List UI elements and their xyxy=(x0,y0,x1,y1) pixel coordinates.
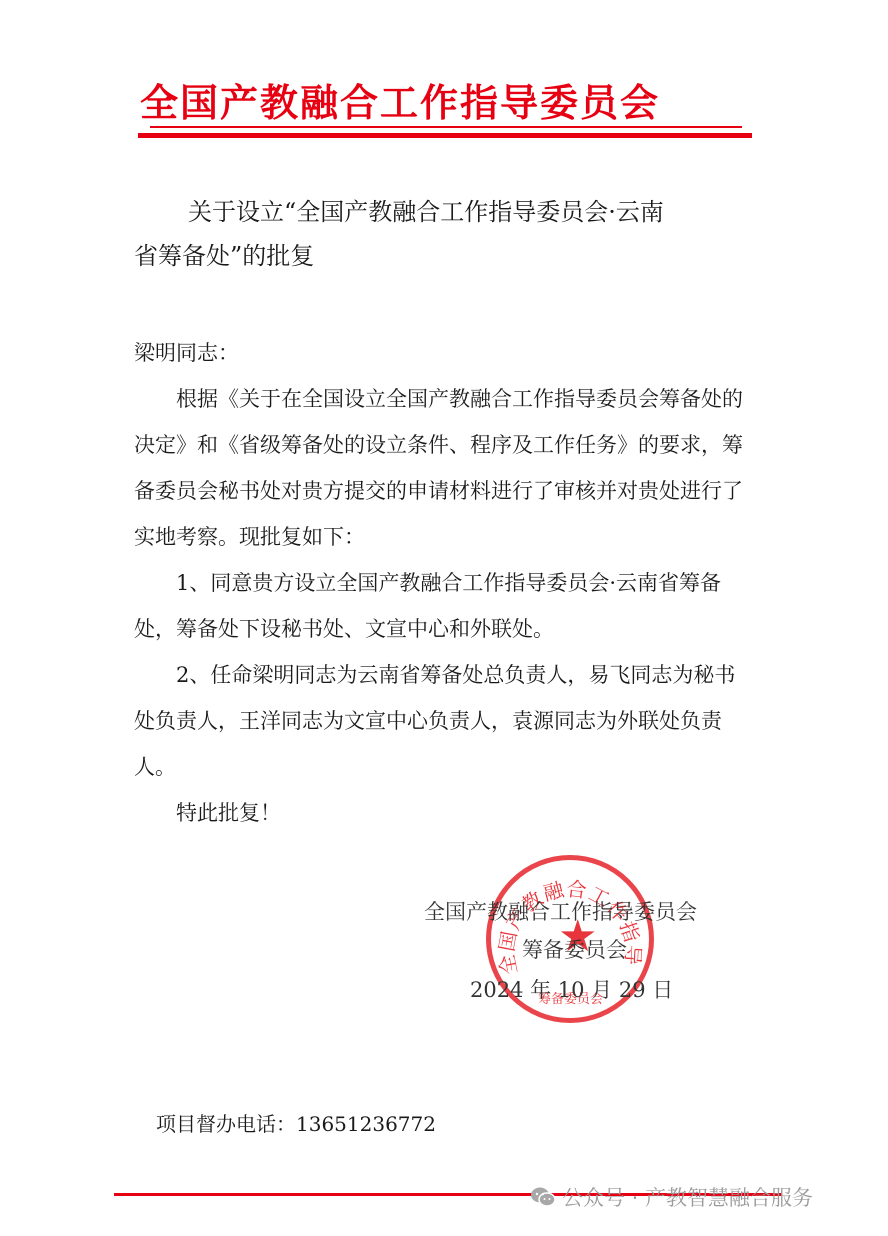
wechat-icon xyxy=(530,1186,556,1208)
watermark-text: 公众号 · 产教智慧融合服务 xyxy=(562,1182,813,1212)
signature-committee: 筹备委员会 xyxy=(522,934,627,964)
document-title: 关于设立“全国产教融合工作指导委员会·云南 省筹备处”的批复 xyxy=(134,190,754,278)
title-line-1: 关于设立“全国产教融合工作指导委员会·云南 xyxy=(134,190,754,234)
supervision-phone: 项目督办电话：13651236772 xyxy=(156,1108,436,1137)
title-line-2: 省筹备处”的批复 xyxy=(134,242,314,270)
paragraph-closing: 特此批复！ xyxy=(134,790,754,836)
paragraph-item-1: 1、同意贵方设立全国产教融合工作指导委员会·云南省筹备处，筹备处下设秘书处、文宣… xyxy=(134,560,754,652)
paragraph-item-2: 2、任命梁明同志为云南省筹备处总负责人，易飞同志为秘书处负责人，王洋同志为文宣中… xyxy=(134,652,754,790)
masthead-thin-rule xyxy=(150,126,742,128)
masthead-thick-rule xyxy=(138,133,752,138)
signature-date: 2024 年 10 月 29 日 xyxy=(470,974,673,1004)
masthead-org-name: 全国产教融合工作指导委员会 xyxy=(140,78,760,128)
signature-org: 全国产教融合工作指导委员会 xyxy=(424,896,697,926)
salutation: 梁明同志： xyxy=(134,330,754,376)
paragraph-basis: 根据《关于在全国设立全国产教融合工作指导委员会筹备处的决定》和《省级筹备处的设立… xyxy=(134,376,754,560)
document-body: 梁明同志： 根据《关于在全国设立全国产教融合工作指导委员会筹备处的决定》和《省级… xyxy=(134,330,754,836)
watermark: 公众号 · 产教智慧融合服务 xyxy=(530,1182,813,1212)
